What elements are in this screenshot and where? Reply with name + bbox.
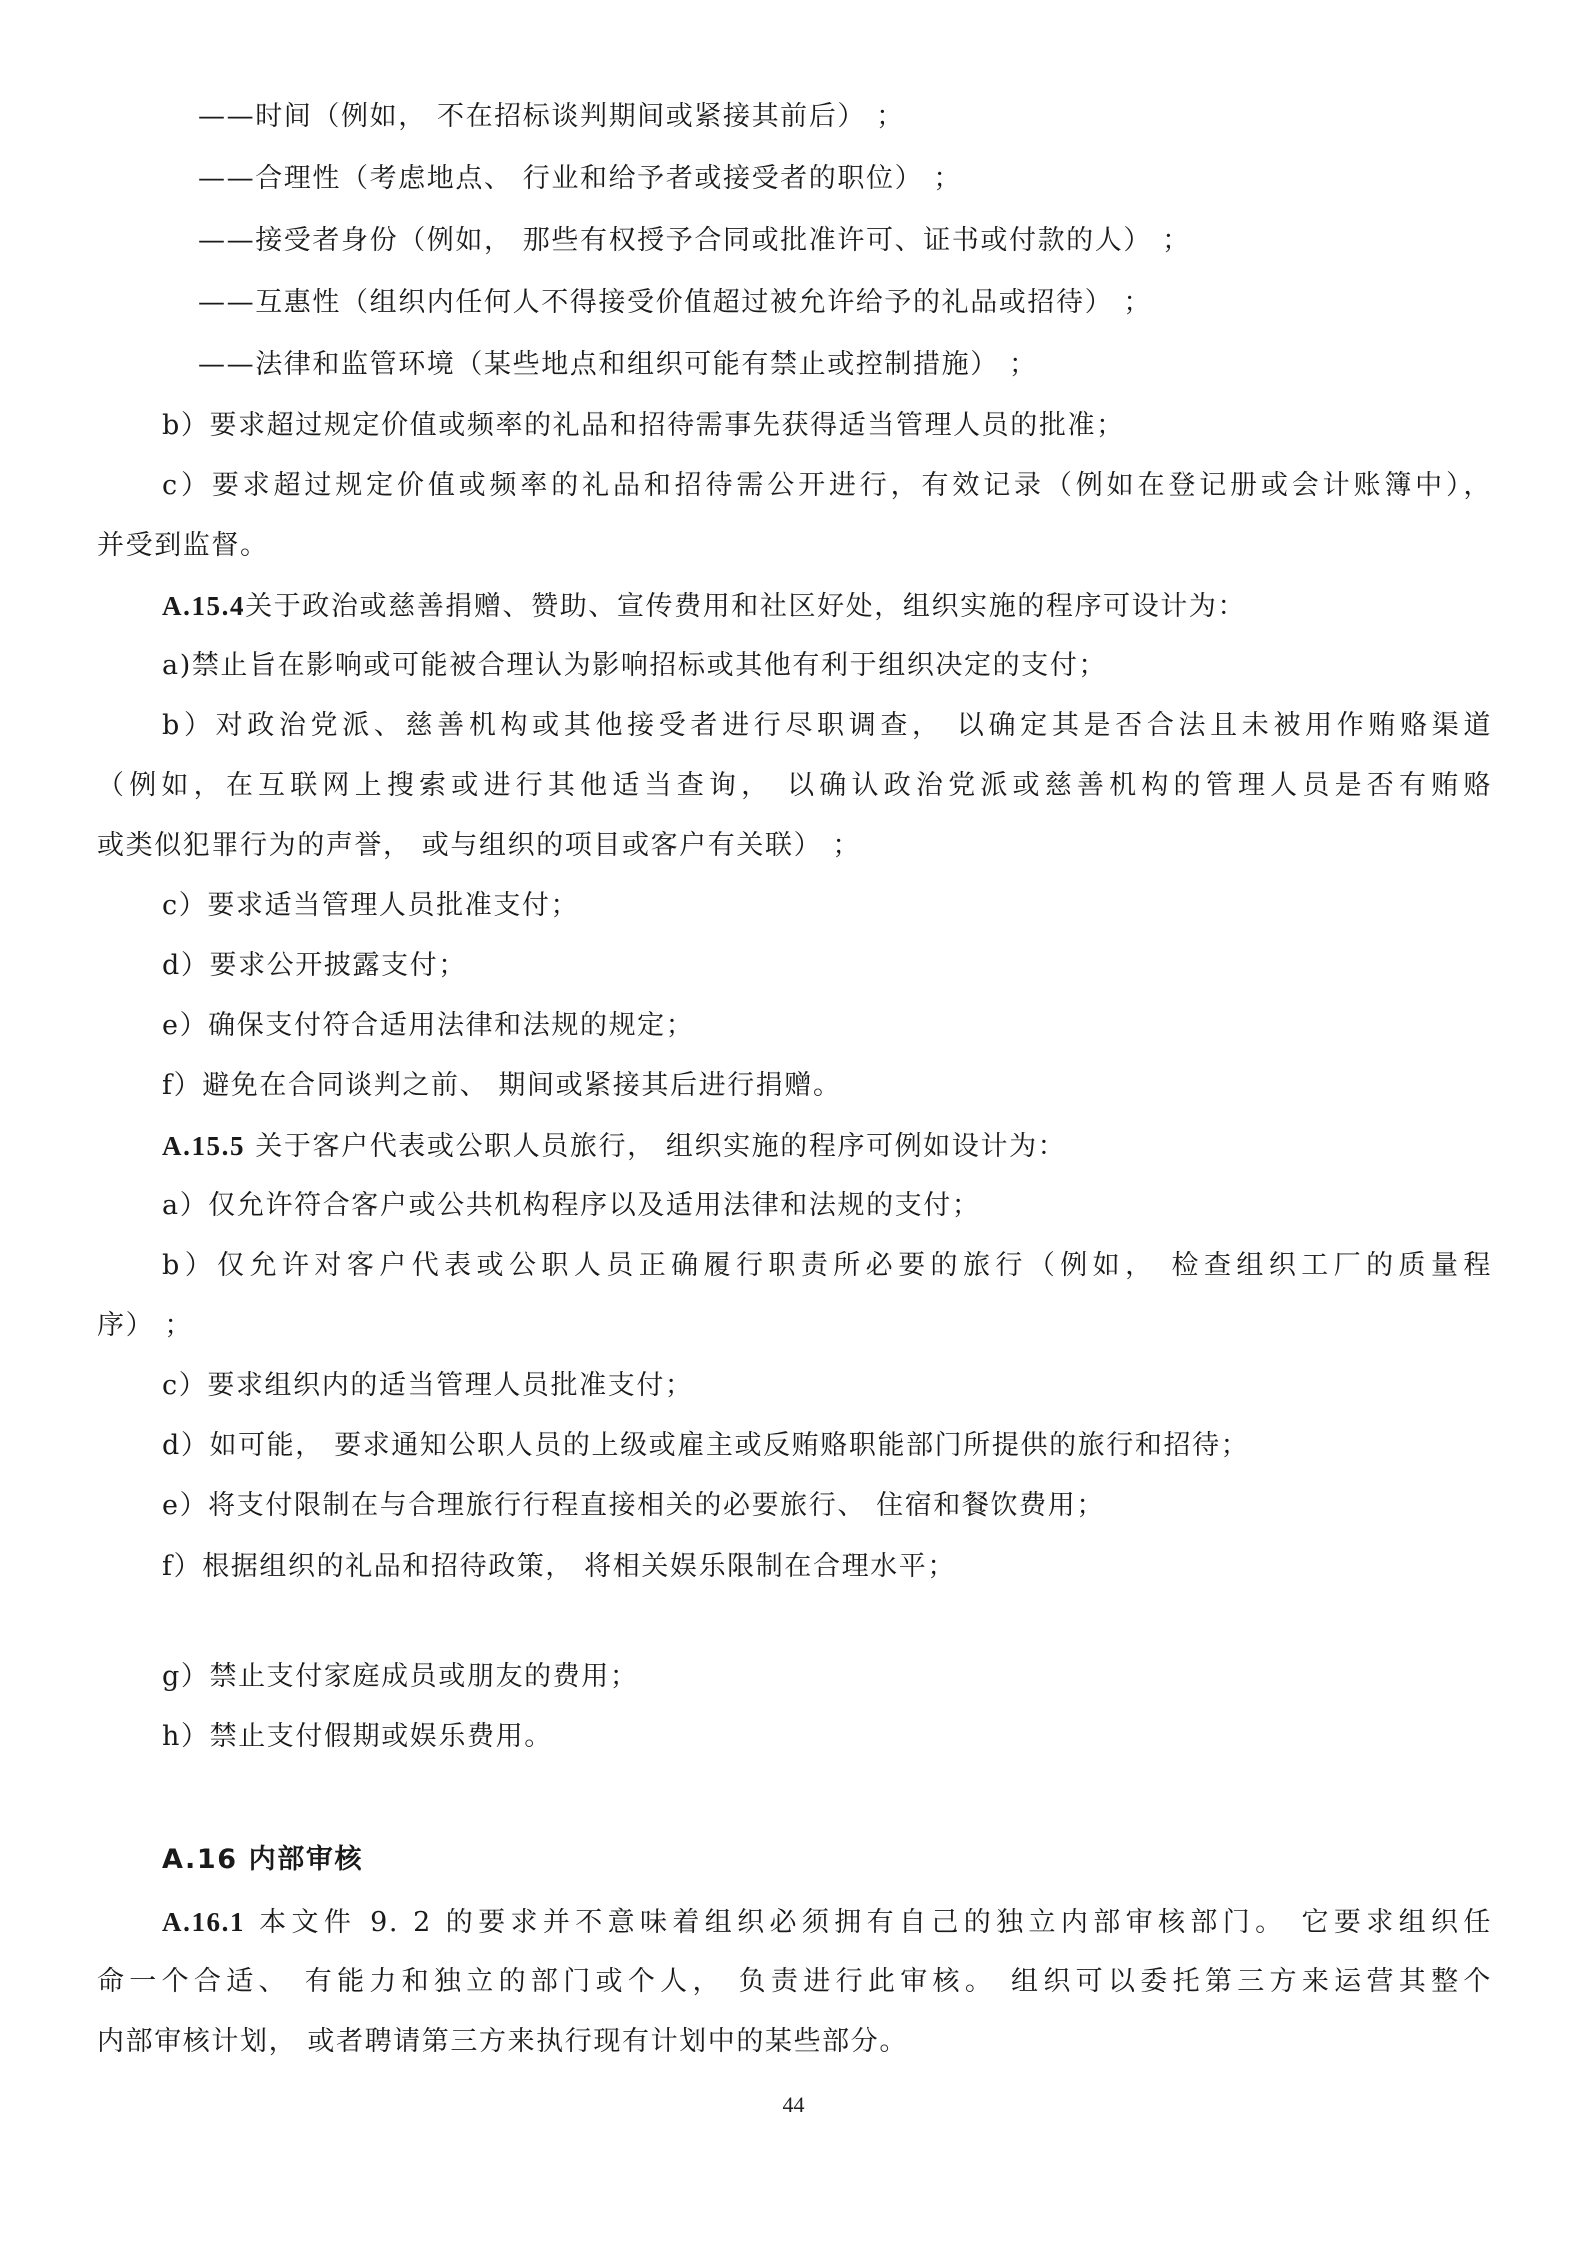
clause-a-16-1: A.16.1 本文件 9. 2 的要求并不意味着组织必须拥有自己的独立内部审核部… [162, 1892, 1492, 1952]
criteria-reciprocity: ——互惠性（组织内任何人不得接受价值超过被允许给予的礼品或招待） ； [198, 273, 1492, 333]
item-b-due-diligence: b）对政治党派、慈善机构或其他接受者进行尽职调查， 以确定其是否合法且未被用作贿… [162, 696, 1492, 756]
clause-text: 关于政治或慈善捐赠、赞助、宣传费用和社区好处，组织实施的程序可设计为： [245, 591, 1246, 622]
clause-number: A.16.1 [162, 1907, 245, 1937]
travel-item-b-continuation: 序） ； [97, 1296, 1492, 1356]
item-c-recording: c）要求超过规定价值或频率的礼品和招待需公开进行，有效记录（例如在登记册或会计账… [162, 456, 1492, 516]
travel-item-f: f）根据组织的礼品和招待政策， 将相关娱乐限制在合理水平； [162, 1537, 1492, 1597]
travel-item-a: a）仅允许符合客户或公共机构程序以及适用法律和法规的支付； [162, 1176, 1492, 1236]
item-b-continuation-2: 或类似犯罪行为的声誉， 或与组织的项目或客户有关联） ； [97, 816, 1492, 876]
clause-a-16-1-continuation-2: 内部审核计划， 或者聘请第三方来执行现有计划中的某些部分。 [97, 2012, 1492, 2072]
criteria-time: ——时间（例如， 不在招标谈判期间或紧接其前后） ； [198, 87, 1492, 147]
clause-text: 本文件 9. 2 的要求并不意味着组织必须拥有自己的独立内部审核部门。 它要求组… [245, 1907, 1492, 1938]
section-number: A.16 [162, 1844, 238, 1875]
section-title: 内部审核 [249, 1844, 363, 1875]
document-page: ——时间（例如， 不在招标谈判期间或紧接其前后） ； ——合理性（考虑地点、 行… [0, 0, 1587, 2245]
clause-a-16-1-continuation-1: 命一个合适、 有能力和独立的部门或个人， 负责进行此审核。 组织可以委托第三方来… [97, 1952, 1492, 2012]
item-b-approval: b）要求超过规定价值或频率的礼品和招待需事先获得适当管理人员的批准； [162, 396, 1492, 456]
item-d-disclosure: d）要求公开披露支付； [162, 936, 1492, 996]
travel-item-b: b）仅允许对客户代表或公职人员正确履行职责所必要的旅行（例如， 检查组织工厂的质… [162, 1236, 1492, 1296]
item-b-continuation-1: （例如，在互联网上搜索或进行其他适当查询， 以确认政治党派或慈善机构的管理人员是… [97, 756, 1492, 816]
criteria-legal-environment: ——法律和监管环境（某些地点和组织可能有禁止或控制措施） ； [198, 335, 1492, 395]
item-a-prohibit: a)禁止旨在影响或可能被合理认为影响招标或其他有利于组织决定的支付； [162, 636, 1492, 696]
item-e-compliance: e）确保支付符合适用法律和法规的规定； [162, 996, 1492, 1056]
travel-item-e: e）将支付限制在与合理旅行行程直接相关的必要旅行、 住宿和餐饮费用； [162, 1476, 1492, 1536]
criteria-recipient-identity: ——接受者身份（例如， 那些有权授予合同或批准许可、证书或付款的人） ； [198, 211, 1492, 271]
criteria-reasonableness: ——合理性（考虑地点、 行业和给予者或接受者的职位） ； [198, 149, 1492, 209]
travel-item-c: c）要求组织内的适当管理人员批准支付； [162, 1356, 1492, 1416]
clause-a-15-4: A.15.4关于政治或慈善捐赠、赞助、宣传费用和社区好处，组织实施的程序可设计为… [162, 576, 1492, 636]
clause-a-15-5: A.15.5 关于客户代表或公职人员旅行， 组织实施的程序可例如设计为： [162, 1116, 1492, 1176]
page-number: 44 [0, 2092, 1587, 2118]
clause-number: A.15.4 [162, 591, 245, 621]
travel-item-g: g）禁止支付家庭成员或朋友的费用； [162, 1647, 1492, 1707]
clause-text: 关于客户代表或公职人员旅行， 组织实施的程序可例如设计为： [245, 1131, 1066, 1162]
item-c-continuation: 并受到监督。 [97, 516, 1492, 576]
travel-item-h: h）禁止支付假期或娱乐费用。 [162, 1707, 1492, 1767]
item-c-manager-approval: c）要求适当管理人员批准支付； [162, 876, 1492, 936]
section-heading-a-16: A.16 内部审核 [162, 1830, 1492, 1890]
travel-item-d: d）如可能， 要求通知公职人员的上级或雇主或反贿赂职能部门所提供的旅行和招待； [162, 1416, 1492, 1476]
item-f-avoid-donation: f）避免在合同谈判之前、 期间或紧接其后进行捐赠。 [162, 1056, 1492, 1116]
clause-number: A.15.5 [162, 1131, 245, 1161]
